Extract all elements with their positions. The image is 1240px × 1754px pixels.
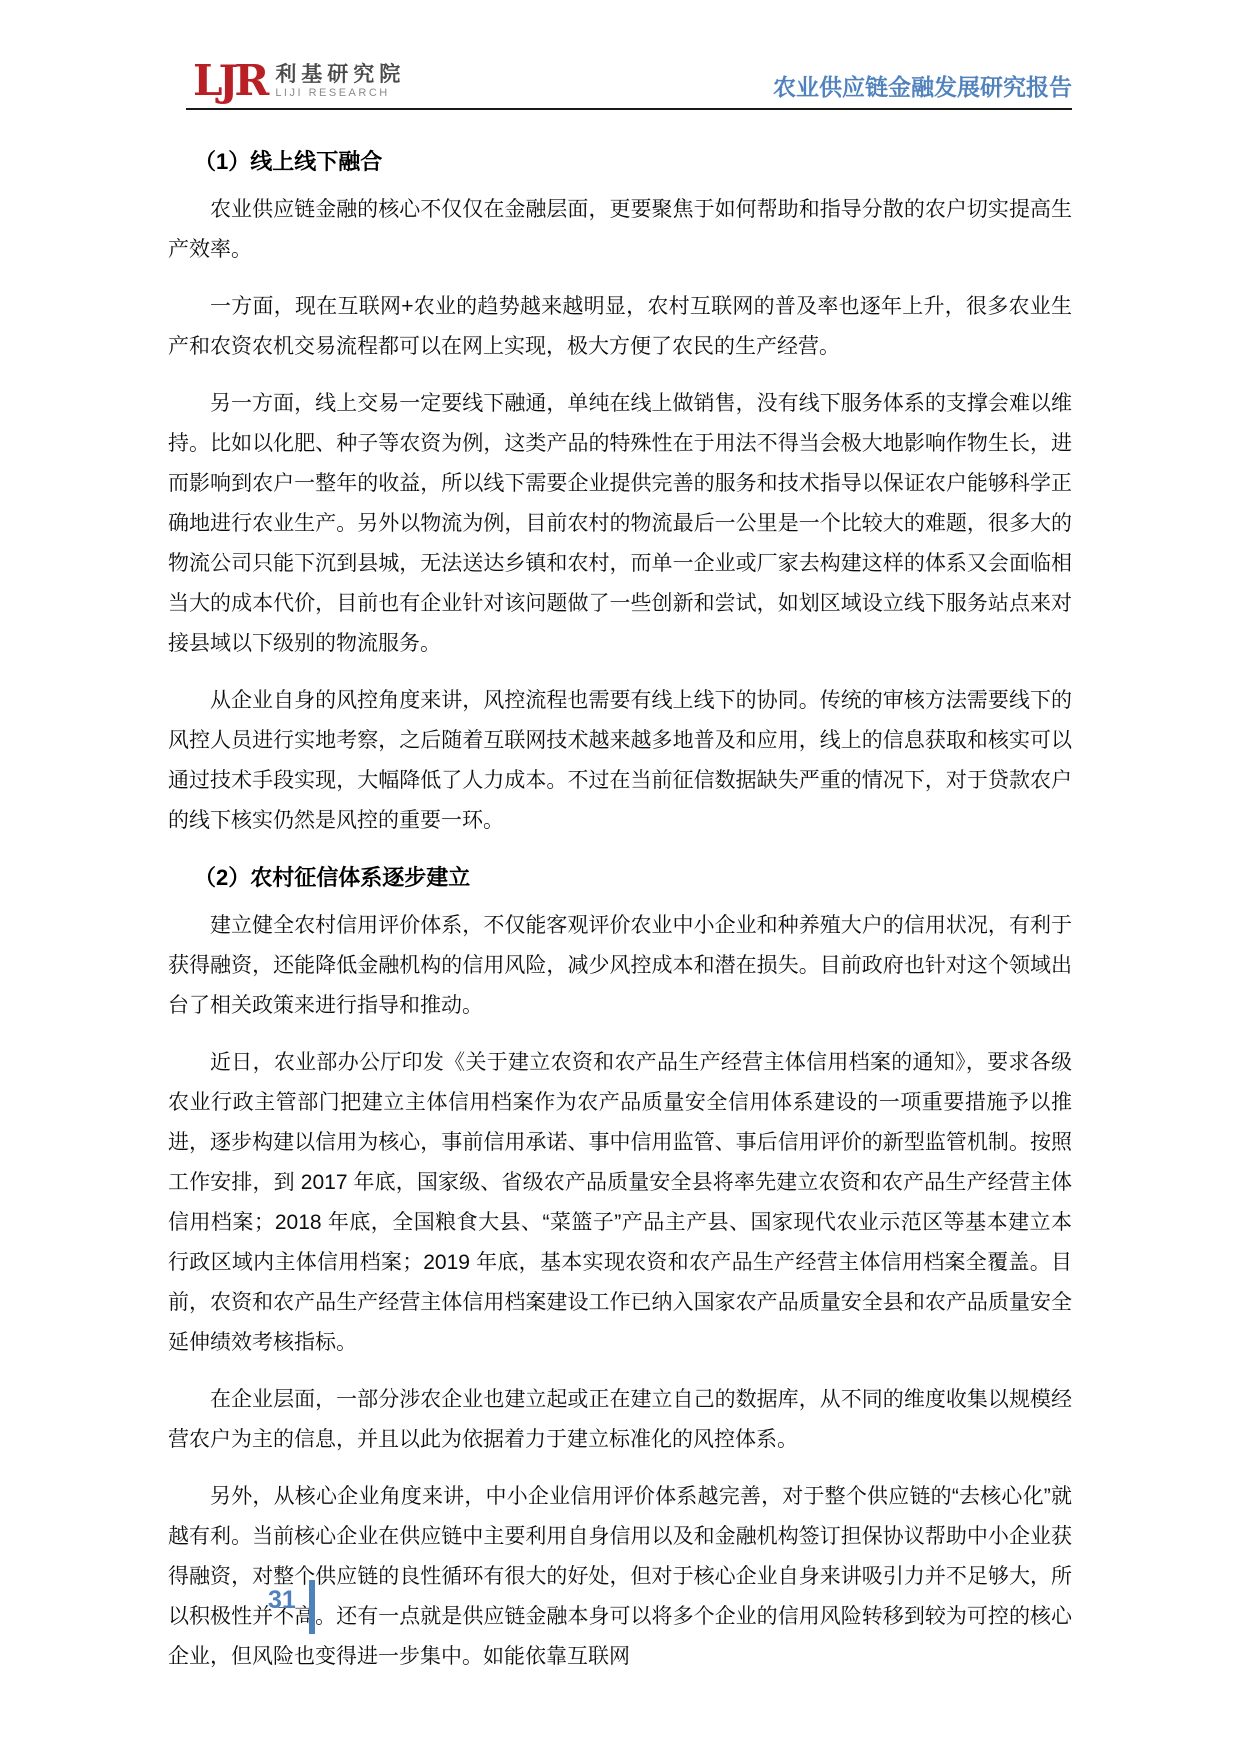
paragraph: 近日，农业部办公厅印发《关于建立农资和农产品生产经营主体信用档案的通知》，要求各…: [168, 1043, 1072, 1363]
logo-name-english: LIJI RESEARCH: [275, 86, 405, 100]
paragraph: 建立健全农村信用评价体系，不仅能客观评价农业中小企业和种养殖大户的信用状况，有利…: [168, 906, 1072, 1026]
report-title: 农业供应链金融发展研究报告: [773, 74, 1072, 100]
document-body: （1）线上线下融合 农业供应链金融的核心不仅仅在金融层面，更要聚焦于如何帮助和指…: [0, 110, 1240, 1677]
paragraph: 在企业层面，一部分涉农企业也建立起或正在建立自己的数据库，从不同的维度收集以规模…: [168, 1380, 1072, 1460]
logo-monogram-icon: LJR: [193, 62, 265, 100]
section-heading-1: （1）线上线下融合: [168, 142, 1072, 182]
section-heading-2: （2）农村征信体系逐步建立: [168, 858, 1072, 898]
liji-research-logo: LJR 利基研究院 LIJI RESEARCH: [193, 62, 405, 100]
paragraph: 另一方面，线上交易一定要线下融通，单纯在线上做销售，没有线下服务体系的支撑会难以…: [168, 384, 1072, 664]
page-footer: 31: [268, 1580, 315, 1634]
footer-accent-bar: [309, 1580, 315, 1634]
logo-names: 利基研究院 LIJI RESEARCH: [275, 63, 405, 100]
page-header: LJR 利基研究院 LIJI RESEARCH 农业供应链金融发展研究报告: [0, 0, 1240, 108]
paragraph: 一方面，现在互联网+农业的趋势越来越明显，农村互联网的普及率也逐年上升，很多农业…: [168, 287, 1072, 367]
document-page: LJR 利基研究院 LIJI RESEARCH 农业供应链金融发展研究报告 （1…: [0, 0, 1240, 1754]
logo-name-chinese: 利基研究院: [275, 63, 405, 86]
paragraph: 农业供应链金融的核心不仅仅在金融层面，更要聚焦于如何帮助和指导分散的农户切实提高…: [168, 190, 1072, 270]
paragraph: 另外，从核心企业角度来讲，中小企业信用评价体系越完善，对于整个供应链的“去核心化…: [168, 1477, 1072, 1677]
paragraph: 从企业自身的风控角度来讲，风控流程也需要有线上线下的协同。传统的审核方法需要线下…: [168, 681, 1072, 841]
page-number: 31: [268, 1587, 296, 1613]
